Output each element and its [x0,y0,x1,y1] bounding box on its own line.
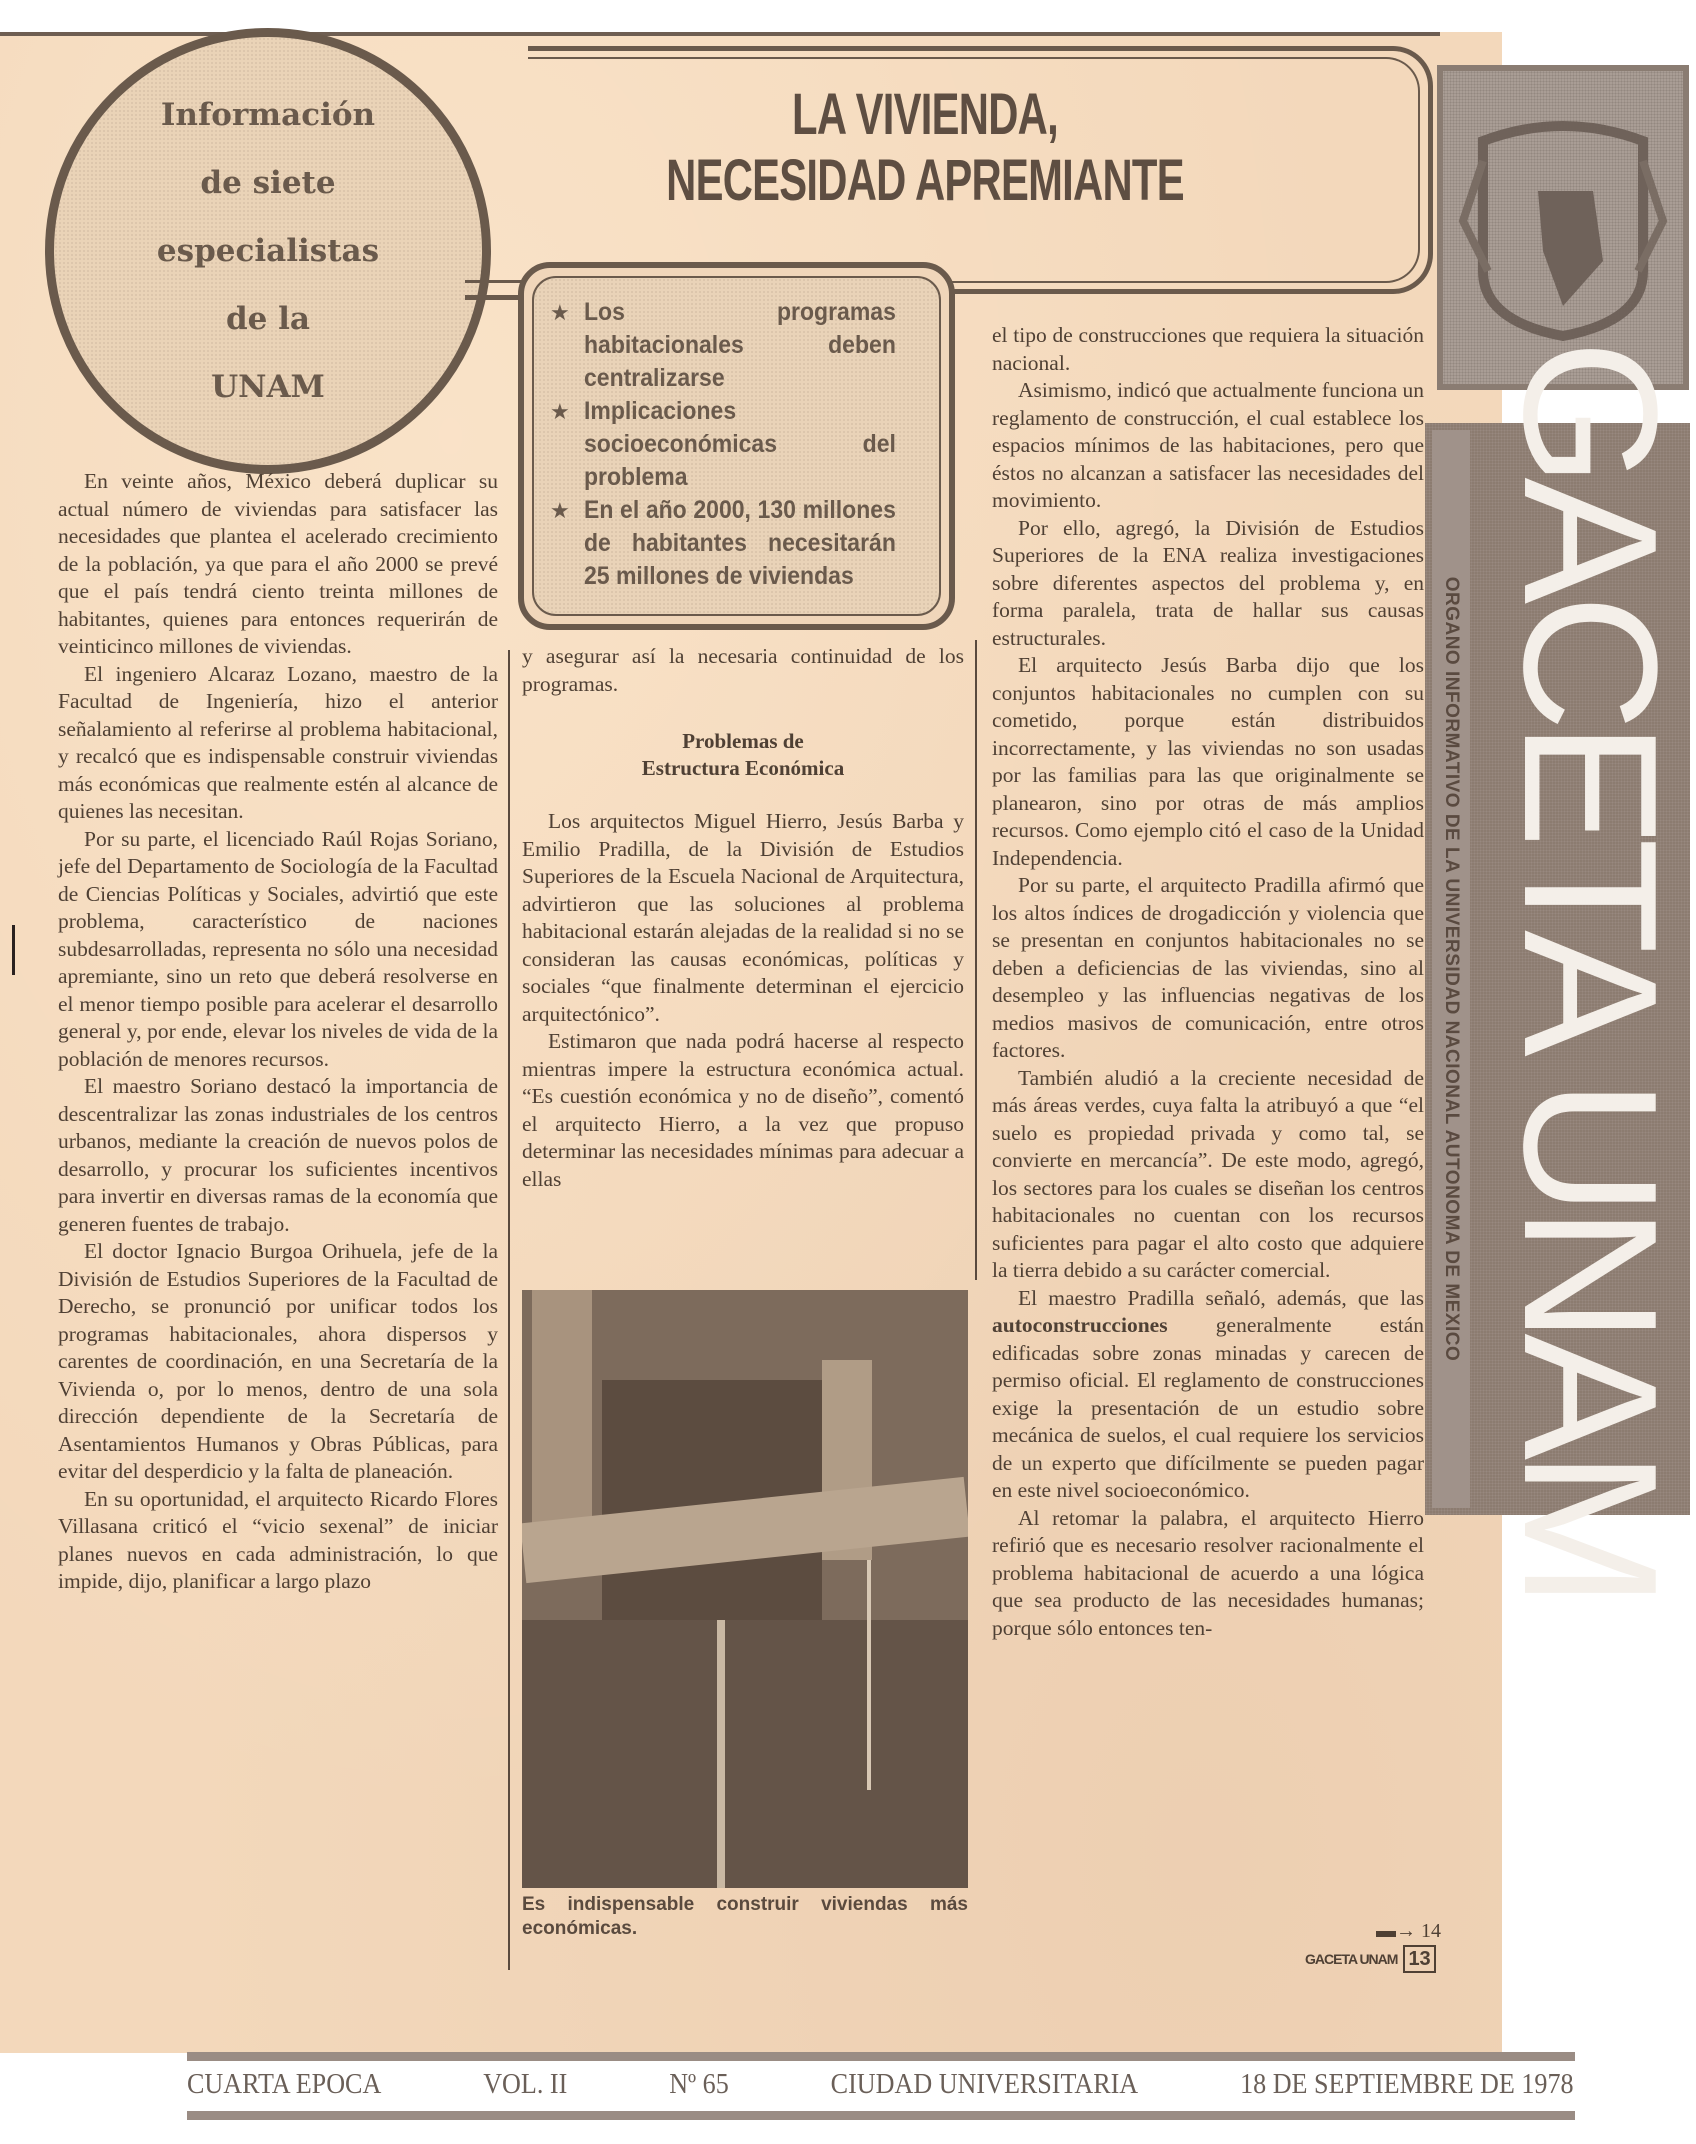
intro-circle: Información de siete especialistas de la… [45,28,491,474]
section-subhead: Problemas de Estructura Económica [522,728,964,782]
construction-photo [522,1290,968,1888]
article-column-right: el tipo de construcciones que requiera l… [992,322,1424,1642]
footer-brand: GACETA UNAM [1305,1951,1397,1967]
highlight-text: Los programas habitacionales deben centr… [584,296,896,395]
paragraph: Por su parte, el licenciado Raúl Rojas S… [58,826,498,1074]
paragraph: En veinte años, México deberá duplicar s… [58,468,498,661]
paragraph: Al retomar la palabra, el arquitecto Hie… [992,1505,1424,1643]
paragraph: El maestro Pradilla señaló, además, que … [992,1285,1424,1505]
highlight-item: ★ En el año 2000, 130 millones de habita… [550,494,923,593]
paragraph: Por ello, agregó, la División de Estudio… [992,515,1424,653]
circle-line: Información [161,81,375,149]
arrow-right-icon: ▬→ [1376,1920,1416,1942]
issue-number: Nº 65 [669,2068,729,2101]
circle-line: especialistas [157,217,379,285]
continued-page: 14 [1421,1920,1441,1942]
emphasis: autoconstrucciones [992,1313,1168,1337]
highlights-box: ★ Los programas habitacionales deben cen… [518,262,955,630]
article-headline: LA VIVIENDA, NECESIDAD APREMIANTE [641,82,1210,214]
paragraph: El ingeniero Alcaraz Lozano, maestro de … [58,661,498,826]
paragraph: Por su parte, el arquitecto Pradilla afi… [992,872,1424,1065]
continued-marker: ▬→ 14 [1376,1920,1441,1943]
issue-date: 18 DE SEPTIEMBRE DE 1978 [1240,2068,1574,2101]
article-column-middle: y asegurar así la necesaria continuidad … [522,643,964,1193]
subhead-line-2: Estructura Económica [522,755,964,782]
paragraph: El arquitecto Jesús Barba dijo que los c… [992,652,1424,872]
highlight-text: En el año 2000, 130 millones de habitant… [584,494,896,593]
highlight-text: Implicaciones socioeconómicas del proble… [584,395,896,494]
highlight-item: ★ Implicaciones socioeconómicas del prob… [550,395,923,494]
headline-line-2: NECESIDAD APREMIANTE [641,148,1210,214]
paragraph: Los arquitectos Miguel Hierro, Jesús Bar… [522,808,964,1028]
issue-info: CUARTA EPOCA VOL. II Nº 65 CIUDAD UNIVER… [187,2068,1574,2101]
circle-line: de siete [200,149,335,217]
issue-series: CUARTA EPOCA [187,2068,381,2101]
headline-line-1: LA VIVIENDA, [641,82,1210,148]
margin-mark [12,925,15,975]
star-icon: ★ [550,494,584,593]
highlight-item: ★ Los programas habitacionales deben cen… [550,296,923,395]
paragraph: También aludió a la creciente necesidad … [992,1065,1424,1285]
continuation-paragraph: y asegurar así la necesaria continuidad … [522,643,964,698]
column-rule [508,650,510,1970]
circle-line: UNAM [211,353,325,421]
issue-place: CIUDAD UNIVERSITARIA [831,2068,1138,2101]
star-icon: ★ [550,296,584,395]
paragraph: En su oportunidad, el arquitecto Ricardo… [58,1486,498,1596]
photo-caption: Es indispensable construir viviendas más… [522,1893,968,1941]
star-icon: ★ [550,395,584,494]
highlights-inner: ★ Los programas habitacionales deben cen… [532,276,941,616]
continuation-paragraph: el tipo de construcciones que requiera l… [992,322,1424,377]
issue-bar: CUARTA EPOCA VOL. II Nº 65 CIUDAD UNIVER… [187,2052,1575,2122]
circle-line: de la [226,285,310,353]
page-number: 13 [1403,1945,1435,1973]
article-column-left: En veinte años, México deberá duplicar s… [58,468,498,1596]
masthead-title: GACETA UNAM [1490,423,1690,1515]
masthead-subtitle: ORGANO INFORMATIVO DE LA UNIVERSIDAD NAC… [1432,430,1470,1508]
column-rule [975,640,977,1280]
paragraph: El doctor Ignacio Burgoa Orihuela, jefe … [58,1238,498,1486]
issue-volume: VOL. II [483,2068,567,2101]
paragraph: Asimismo, indicó que actualmente funcion… [992,377,1424,515]
subhead-line-1: Problemas de [522,728,964,755]
paragraph: El maestro Soriano destacó la importanci… [58,1073,498,1238]
shield-graphic [1443,71,1683,384]
page-footer: GACETA UNAM 13 [1305,1945,1436,1973]
paragraph: Estimaron que nada podrá hacerse al resp… [522,1028,964,1193]
